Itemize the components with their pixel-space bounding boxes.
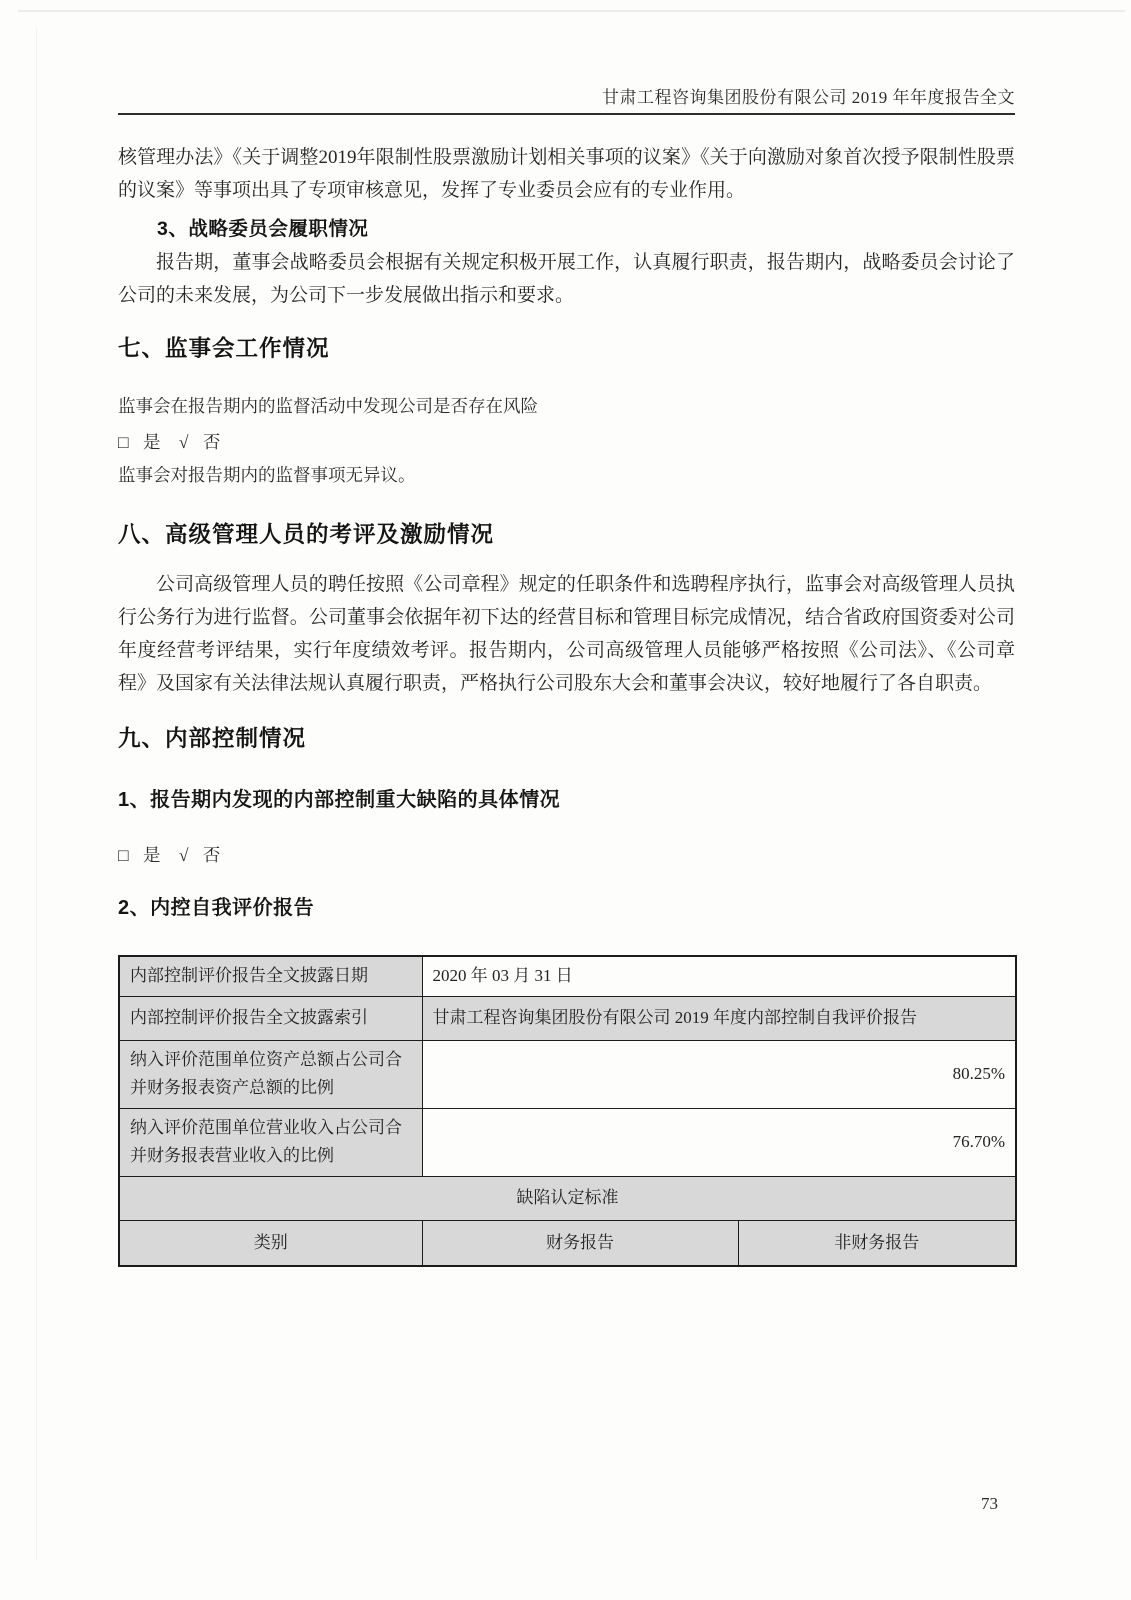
row-value: 2020 年 03 月 31 日	[422, 956, 1016, 996]
section9-subheading-1: 1、报告期内发现的内部控制重大缺陷的具体情况	[118, 784, 1015, 817]
defect-standard-row: 缺陷认定标准	[119, 1176, 1016, 1220]
section9-yes-no-line: □ 是 √ 否	[118, 839, 1015, 872]
section7-question: 监事会在报告期内的监督活动中发现公司是否存在风险	[118, 390, 1015, 423]
checkbox-unchecked-icon: □	[118, 839, 129, 872]
scan-artifact-left	[36, 28, 37, 1560]
defect-standard-label: 缺陷认定标准	[119, 1176, 1016, 1220]
strategy-paragraph: 报告期，董事会战略委员会根据有关规定积极开展工作，认真履行职责，报告期内，战略委…	[118, 246, 1015, 312]
row-value: 76.70%	[422, 1108, 1016, 1176]
checkbox-unchecked-icon: □	[118, 426, 129, 459]
section9-subheading-2: 2、内控自我评价报告	[118, 892, 1015, 925]
column-header: 非财务报告	[738, 1220, 1016, 1266]
no-label: 否	[203, 432, 221, 452]
scan-artifact-top	[18, 10, 1125, 12]
column-header: 类别	[119, 1220, 422, 1266]
table-row: 内部控制评价报告全文披露索引 甘肃工程咨询集团股份有限公司 2019 年度内部控…	[119, 996, 1016, 1040]
row-label: 纳入评价范围单位资产总额占公司合并财务报表资产总额的比例	[119, 1040, 422, 1108]
yes-label: 是	[143, 432, 161, 452]
continuation-paragraph: 核管理办法》《关于调整2019年限制性股票激励计划相关事项的议案》《关于向激励对…	[118, 141, 1015, 207]
table-row: 内部控制评价报告全文披露日期 2020 年 03 月 31 日	[119, 956, 1016, 996]
section7-heading: 七、监事会工作情况	[118, 332, 1015, 366]
page-header-title: 甘肃工程咨询集团股份有限公司 2019 年年度报告全文	[118, 0, 1015, 110]
check-icon: √	[179, 426, 189, 459]
table-row: 纳入评价范围单位营业收入占公司合并财务报表营业收入的比例 76.70%	[119, 1108, 1016, 1176]
column-header: 财务报告	[422, 1220, 738, 1266]
section7-yes-no-line: □ 是 √ 否	[118, 426, 1015, 459]
yes-label: 是	[143, 845, 161, 865]
section7-note: 监事会对报告期内的监督事项无异议。	[118, 459, 1015, 492]
header-rule	[118, 113, 1015, 115]
table-header-row: 类别 财务报告 非财务报告	[119, 1220, 1016, 1266]
table-row: 纳入评价范围单位资产总额占公司合并财务报表资产总额的比例 80.25%	[119, 1040, 1016, 1108]
row-label: 内部控制评价报告全文披露日期	[119, 956, 422, 996]
strategy-subheading: 3、战略委员会履职情况	[118, 213, 1015, 246]
check-icon: √	[179, 839, 189, 872]
no-label: 否	[203, 845, 221, 865]
row-label: 内部控制评价报告全文披露索引	[119, 996, 422, 1040]
page-number: 73	[981, 1494, 998, 1514]
row-value: 甘肃工程咨询集团股份有限公司 2019 年度内部控制自我评价报告	[422, 996, 1016, 1040]
report-page: 甘肃工程咨询集团股份有限公司 2019 年年度报告全文 核管理办法》《关于调整2…	[0, 0, 1131, 1600]
section8-paragraph: 公司高级管理人员的聘任按照《公司章程》规定的任职条件和选聘程序执行，监事会对高级…	[118, 568, 1015, 700]
row-label: 纳入评价范围单位营业收入占公司合并财务报表营业收入的比例	[119, 1108, 422, 1176]
section8-heading: 八、高级管理人员的考评及激励情况	[118, 518, 1015, 552]
row-value: 80.25%	[422, 1040, 1016, 1108]
section9-heading: 九、内部控制情况	[118, 722, 1015, 756]
internal-control-table: 内部控制评价报告全文披露日期 2020 年 03 月 31 日 内部控制评价报告…	[118, 955, 1017, 1267]
